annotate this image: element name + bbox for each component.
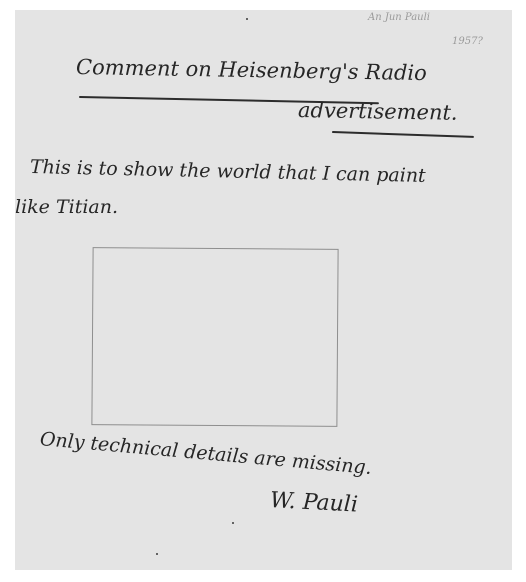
body-line-2: like Titian. bbox=[15, 196, 118, 218]
speck-mark bbox=[232, 522, 234, 524]
signature: W. Pauli bbox=[269, 488, 358, 518]
title-line-2: advertisement. bbox=[298, 98, 458, 125]
empty-drawn-rectangle bbox=[91, 247, 338, 427]
pencil-annotation-name: An Jun Pauli bbox=[368, 12, 430, 23]
speck-mark bbox=[246, 18, 248, 20]
speck-mark bbox=[156, 553, 158, 555]
pencil-annotation-year: 1957? bbox=[452, 36, 483, 47]
